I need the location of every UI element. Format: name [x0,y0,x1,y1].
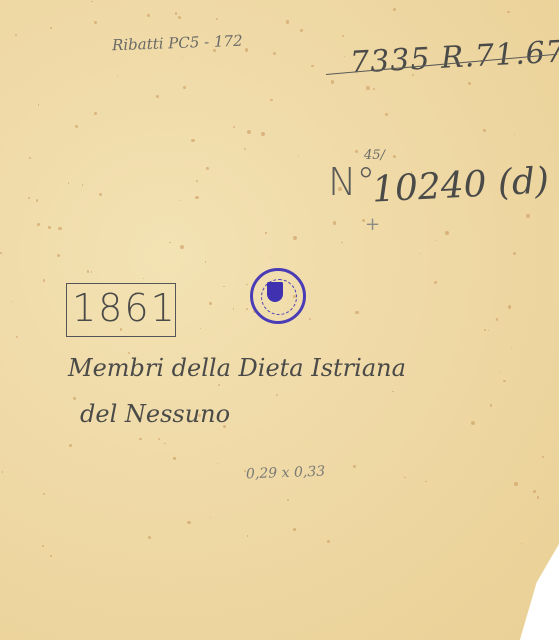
title-line-1: Membri della Dieta Istriana [68,354,406,382]
inventory-prefix: N° [328,160,375,204]
inventory-superscript: 45/ [364,148,385,163]
inventory-number: 10240 (d) [371,160,550,210]
shield-icon [267,282,283,302]
document-page: Ribatti PC5 - 172 7335 R.71.67 N° 45/ 10… [0,0,559,640]
institution-stamp [250,268,306,324]
top-left-reference: Ribatti PC5 - 172 [112,32,243,55]
dimensions-note: 0,29 x 0,33 [246,464,326,483]
title-line-2: del Nessuno [80,400,230,428]
cross-mark: + [365,214,380,235]
top-right-reference: 7335 R.71.67 [349,34,559,80]
year-label: 1861 [72,286,177,330]
